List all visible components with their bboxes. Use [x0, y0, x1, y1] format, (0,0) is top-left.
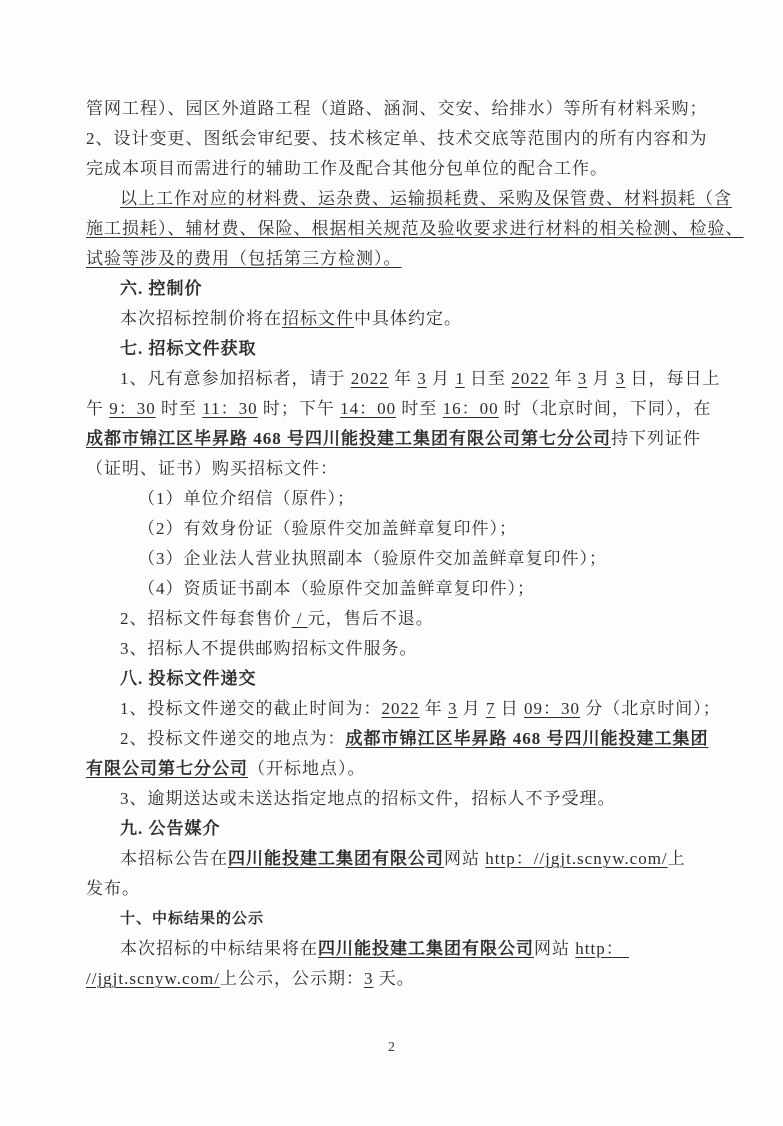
text-run: 3、招标人不提供邮购招标文件服务。	[120, 639, 418, 658]
paragraph-line: 2、设计变更、图纸会审纪要、技术核定单、技术交底等范围内的所有内容和为	[86, 124, 718, 154]
list-item: （3）企业法人营业执照副本（验原件交加盖鲜章复印件）；	[86, 544, 718, 574]
text-run: 管网工程）、园区外道路工程（道路、涵洞、交安、给排水）等所有材料采购；	[86, 99, 708, 118]
paragraph-line: 成都市锦江区毕昇路 468 号四川能投建工集团有限公司第七分公司持下列证件	[86, 424, 718, 454]
heading-section-10-award-publicity: 十、中标结果的公示	[86, 904, 718, 934]
paragraph-line: 3、招标人不提供邮购招标文件服务。	[86, 634, 718, 664]
website-url: http：//jgjt.scnyw.com/	[485, 849, 667, 868]
company-name: 四川能投建工集团有限公司	[318, 939, 534, 958]
heading-section-8-bid-submission: 八. 投标文件递交	[86, 664, 718, 694]
text-run: 1、凡有意参加招标者，请于	[120, 369, 351, 388]
text-run: （4）资质证书副本（验原件交加盖鲜章复印件）；	[138, 579, 535, 598]
website-url: http：	[575, 939, 629, 958]
text-run: 3、逾期送达或未送达指定地点的招标文件，招标人不予受理。	[120, 789, 616, 808]
date-value: 2022	[382, 699, 420, 718]
heading-text: 八. 投标文件递交	[120, 669, 257, 688]
date-value: 7	[486, 699, 496, 718]
paragraph-line: 完成本项目而需进行的辅助工作及配合其他分包单位的配合工作。	[86, 154, 718, 184]
text-run: 月	[458, 699, 487, 718]
paragraph-line: 午 9：30 时至 11：30 时；下午 14：00 时至 16：00 时（北京…	[86, 394, 718, 424]
text-run: 日，每日上	[625, 369, 720, 388]
paragraph-line: （证明、证书）购买招标文件：	[86, 454, 718, 484]
text-run: （2）有效身份证（验原件交加盖鲜章复印件）；	[138, 519, 517, 538]
text-run: 本次招标控制价将在	[120, 309, 282, 328]
text-run: 完成本项目而需进行的辅助工作及配合其他分包单位的配合工作。	[86, 159, 608, 178]
time-value: 14：00	[340, 399, 396, 418]
text-run: 日至	[465, 369, 512, 388]
paragraph-line: 本次招标控制价将在招标文件中具体约定。	[86, 304, 718, 334]
text-run: 2、设计变更、图纸会审纪要、技术核定单、技术交底等范围内的所有内容和为	[86, 129, 708, 148]
text-run: 月	[427, 369, 456, 388]
heading-section-9-announcement-media: 九. 公告媒介	[86, 814, 718, 844]
text-run: 时至	[396, 399, 443, 418]
date-value: 2022	[511, 369, 549, 388]
text-run: 年	[549, 369, 578, 388]
text-run: 持下列证件	[611, 429, 701, 448]
text-run: 本次招标的中标结果将在	[120, 939, 318, 958]
list-item: （2）有效身份证（验原件交加盖鲜章复印件）；	[86, 514, 718, 544]
text-run: 天。	[373, 969, 414, 988]
date-value: 2022	[351, 369, 389, 388]
text-run: （1）单位介绍信（原件）；	[138, 489, 355, 508]
paragraph-line: //jgjt.scnyw.com/上公示，公示期：3 天。	[86, 964, 718, 994]
text-run: （3）企业法人营业执照副本（验原件交加盖鲜章复印件）；	[138, 549, 607, 568]
text-run: （证明、证书）购买招标文件：	[86, 459, 338, 478]
website-url: //jgjt.scnyw.com/	[86, 969, 220, 988]
text-run: 中具体约定。	[354, 309, 462, 328]
date-value: 3	[578, 369, 588, 388]
underlined-clause: 施工损耗）、辅材费、保险、根据相关规范及验收要求进行材料的相关检测、检验、	[86, 219, 744, 238]
document-body: 管网工程）、园区外道路工程（道路、涵洞、交安、给排水）等所有材料采购； 2、设计…	[86, 94, 718, 994]
paragraph-line: 1、投标文件递交的截止时间为：2022 年 3 月 7 日 09：30 分（北京…	[86, 694, 718, 724]
paragraph-line: 发布。	[86, 874, 718, 904]
underlined-clause: 以上工作对应的材料费、运杂费、运输损耗费、采购及保管费、材料损耗（含	[120, 189, 732, 208]
company-address: 成都市锦江区毕昇路 468 号四川能投建工集团有限公司第七分公司	[86, 429, 611, 448]
text-run: （开标地点）。	[248, 759, 366, 778]
company-address: 成都市锦江区毕昇路 468 号四川能投建工集团	[346, 729, 709, 748]
price-blank-value: /	[292, 609, 308, 628]
date-value: 3	[448, 699, 458, 718]
text-run: 发布。	[86, 879, 140, 898]
text-run: 上公示，公示期：	[220, 969, 364, 988]
list-item: （1）单位介绍信（原件）；	[86, 484, 718, 514]
heading-text: 九. 公告媒介	[120, 819, 221, 838]
time-value: 9：30	[109, 399, 156, 418]
underlined-clause: 试验等涉及的费用（包括第三方检测）。	[86, 249, 402, 268]
paragraph-line: 管网工程）、园区外道路工程（道路、涵洞、交安、给排水）等所有材料采购；	[86, 94, 718, 124]
heading-text: 七. 招标文件获取	[120, 339, 257, 358]
paragraph-line: 1、凡有意参加招标者，请于 2022 年 3 月 1 日至 2022 年 3 月…	[86, 364, 718, 394]
date-value: 3	[616, 369, 626, 388]
company-name: 四川能投建工集团有限公司	[228, 849, 444, 868]
text-run: 2、招标文件每套售价	[120, 609, 292, 628]
heading-section-6-control-price: 六. 控制价	[86, 274, 718, 304]
text-run: 月	[587, 369, 616, 388]
paragraph-line: 本招标公告在四川能投建工集团有限公司网站 http：//jgjt.scnyw.c…	[86, 844, 718, 874]
paragraph-line: 2、投标文件递交的地点为：成都市锦江区毕昇路 468 号四川能投建工集团	[86, 724, 718, 754]
list-item: （4）资质证书副本（验原件交加盖鲜章复印件）；	[86, 574, 718, 604]
company-address: 有限公司第七分公司	[86, 759, 248, 778]
text-run: 分（北京时间）；	[580, 699, 721, 718]
text-run: 午	[86, 399, 109, 418]
paragraph-line: 2、招标文件每套售价 / 元，售后不退。	[86, 604, 718, 634]
text-run: 元，售后不退。	[308, 609, 434, 628]
text-run: 日	[496, 699, 525, 718]
paragraph-line: 本次招标的中标结果将在四川能投建工集团有限公司网站 http：	[86, 934, 718, 964]
paragraph-line: 以上工作对应的材料费、运杂费、运输损耗费、采购及保管费、材料损耗（含	[86, 184, 718, 214]
heading-section-7-obtain-bid-docs: 七. 招标文件获取	[86, 334, 718, 364]
underlined-term: 招标文件	[282, 309, 354, 328]
paragraph-line: 施工损耗）、辅材费、保险、根据相关规范及验收要求进行材料的相关检测、检验、	[86, 214, 718, 244]
text-run: 网站	[534, 939, 575, 958]
text-run: 网站	[444, 849, 485, 868]
time-value: 16：00	[443, 399, 499, 418]
text-run: 上	[668, 849, 686, 868]
date-value: 3	[417, 369, 427, 388]
time-value: 11：30	[202, 399, 257, 418]
text-run: 1、投标文件递交的截止时间为：	[120, 699, 382, 718]
document-page: 管网工程）、园区外道路工程（道路、涵洞、交安、给排水）等所有材料采购； 2、设计…	[0, 0, 783, 1126]
text-run: 时；下午	[258, 399, 341, 418]
text-run: 本招标公告在	[120, 849, 228, 868]
text-run: 年	[389, 369, 418, 388]
heading-text: 六. 控制价	[120, 279, 203, 298]
text-run: 年	[420, 699, 449, 718]
time-value: 09：30	[524, 699, 580, 718]
text-run: 时至	[156, 399, 203, 418]
text-run: 2、投标文件递交的地点为：	[120, 729, 346, 748]
paragraph-line: 试验等涉及的费用（包括第三方检测）。	[86, 244, 718, 274]
heading-text: 十、中标结果的公示	[120, 911, 264, 927]
text-run: 时（北京时间，下同），在	[499, 399, 712, 418]
paragraph-line: 有限公司第七分公司（开标地点）。	[86, 754, 718, 784]
page-number: 2	[0, 1038, 783, 1058]
date-value: 1	[455, 369, 465, 388]
paragraph-line: 3、逾期送达或未送达指定地点的招标文件，招标人不予受理。	[86, 784, 718, 814]
